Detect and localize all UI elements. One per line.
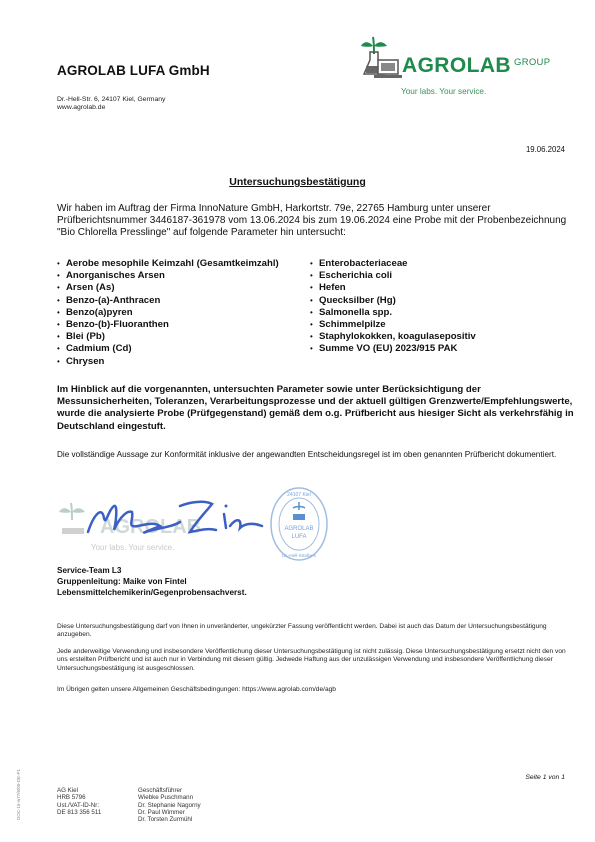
logo-wordmark: AGROLAB [402, 54, 511, 78]
disclaimer-terms: Im Übrigen gelten unsere Allgemeinen Ges… [57, 686, 577, 694]
footer-line: DE 813 356 511 [57, 809, 101, 816]
parameter-item: •Hefen [310, 282, 476, 294]
parameter-item: •Chrysen [57, 356, 279, 368]
logo-tagline: Your labs. Your service. [401, 87, 486, 96]
parameter-item: •Blei (Pb) [57, 331, 279, 343]
footer-line: Ust./VAT-ID-Nr: [57, 802, 101, 809]
parameter-item: •Anorganisches Arsen [57, 270, 279, 282]
signature-block: Service-Team L3 Gruppenleitung: Maike vo… [57, 565, 247, 598]
bullet-icon: • [310, 343, 319, 355]
bullet-icon: • [57, 258, 66, 270]
parameter-name: Hefen [319, 282, 346, 293]
parameter-item: •Benzo-(a)-Anthracen [57, 295, 279, 307]
disclaimer-usage: Jede anderweitige Verwendung und insbeso… [57, 648, 577, 673]
compliance-note: Die vollständige Aussage zur Konformität… [57, 450, 577, 461]
parameter-item: •Cadmium (Cd) [57, 343, 279, 355]
bullet-icon: • [57, 270, 66, 282]
parameter-name: Blei (Pb) [66, 331, 105, 342]
parameter-name: Benzo-(a)-Anthracen [66, 295, 160, 306]
document-title: Untersuchungsbestätigung [0, 176, 595, 188]
parameter-name: Enterobacteriaceae [319, 258, 408, 269]
intro-paragraph: Wir haben im Auftrag der Firma InnoNatur… [57, 203, 577, 239]
footer-line: Geschäftsführer [138, 787, 201, 794]
plant-flask-laptop-icon [360, 32, 404, 82]
bullet-icon: • [310, 258, 319, 270]
parameter-item: •Aerobe mesophile Keimzahl (Gesamtkeimza… [57, 258, 279, 270]
footer-line: Dr. Torsten Zurmühl [138, 816, 201, 823]
stamp-top-text: 24107 Kiel [287, 492, 311, 498]
parameter-item: •Benzo-(b)-Fluoranthen [57, 319, 279, 331]
group-lead: Gruppenleitung: Maike von Fintel [57, 576, 247, 587]
handwritten-signature [80, 492, 270, 552]
bullet-icon: • [57, 307, 66, 319]
bullet-icon: • [310, 282, 319, 294]
footer-management: Geschäftsführer Wiebke Puschmann Dr. Ste… [138, 787, 201, 823]
logo-group-label: GROUP [514, 57, 550, 68]
parameter-item: •Arsen (As) [57, 282, 279, 294]
parameter-name: Anorganisches Arsen [66, 270, 165, 281]
parameter-item: •Benzo(a)pyren [57, 307, 279, 319]
stamp-center-line-1: AGROLAB [284, 526, 313, 532]
parameter-item: •Escherichia coli [310, 270, 476, 282]
parameter-name: Chrysen [66, 356, 104, 367]
conclusion-paragraph: Im Hinblick auf die vorgenannten, unters… [57, 384, 577, 433]
parameter-item: •Salmonella spp. [310, 307, 476, 319]
footer-line: Wiebke Puschmann [138, 794, 201, 801]
bullet-icon: • [57, 295, 66, 307]
bullet-icon: • [310, 319, 319, 331]
disclaimer-publication: Diese Untersuchungsbestätigung darf von … [57, 623, 577, 640]
parameter-name: Summe VO (EU) 2023/915 PAK [319, 343, 457, 354]
bullet-icon: • [57, 282, 66, 294]
parameter-name: Cadmium (Cd) [66, 343, 132, 354]
footer-registration: AG Kiel HRB 5796 Ust./VAT-ID-Nr: DE 813 … [57, 787, 101, 816]
service-team: Service-Team L3 [57, 565, 247, 576]
stamp-bottom-text: Dr.-Hell-Straße 6 [282, 553, 316, 558]
company-name: AGROLAB LUFA GmbH [57, 63, 210, 78]
parameter-name: Staphylokokken, koagulasepositiv [319, 331, 476, 342]
parameter-item: •Staphylokokken, koagulasepositiv [310, 331, 476, 343]
footer-line: AG Kiel [57, 787, 101, 794]
parameter-name: Benzo-(b)-Fluoranthen [66, 319, 169, 330]
address-line: Dr.-Hell-Str. 6, 24107 Kiel, Germany [57, 96, 165, 104]
parameter-name: Schimmelpilze [319, 319, 386, 330]
parameter-column-1: •Aerobe mesophile Keimzahl (Gesamtkeimza… [57, 258, 279, 368]
company-stamp: 24107 Kiel AGROLAB LUFA Dr.-Hell-Straße … [268, 484, 330, 568]
stamp-center-line-2: LUFA [291, 534, 306, 540]
parameter-column-2: •Enterobacteriaceae•Escherichia coli•Hef… [310, 258, 476, 356]
bullet-icon: • [310, 331, 319, 343]
bullet-icon: • [57, 319, 66, 331]
parameter-item: •Schimmelpilze [310, 319, 476, 331]
page-number: Seite 1 von 1 [525, 774, 565, 781]
document-date: 19.06.2024 [526, 145, 565, 154]
parameter-name: Quecksilber (Hg) [319, 295, 396, 306]
bullet-icon: • [57, 331, 66, 343]
parameter-name: Benzo(a)pyren [66, 307, 133, 318]
company-address: Dr.-Hell-Str. 6, 24107 Kiel, Germany www… [57, 96, 165, 112]
footer-line: Dr. Stephanie Nagorny [138, 802, 201, 809]
parameter-name: Escherichia coli [319, 270, 392, 281]
parameter-item: •Quecksilber (Hg) [310, 295, 476, 307]
website-link[interactable]: www.agrolab.de [57, 104, 165, 112]
footer-line: HRB 5796 [57, 794, 101, 801]
bullet-icon: • [310, 295, 319, 307]
parameter-name: Salmonella spp. [319, 307, 392, 318]
bullet-icon: • [57, 356, 66, 368]
bullet-icon: • [310, 307, 319, 319]
parameter-item: •Summe VO (EU) 2023/915 PAK [310, 343, 476, 355]
parameter-item: •Enterobacteriaceae [310, 258, 476, 270]
bullet-icon: • [57, 343, 66, 355]
document-code: DOC-16-w77/6/00-DE-P1 [16, 769, 21, 820]
parameter-name: Arsen (As) [66, 282, 115, 293]
signer-role: Lebensmittelchemikerin/Gegenprobensachve… [57, 587, 247, 598]
footer-line: Dr. Paul Wimmer [138, 809, 201, 816]
bullet-icon: • [310, 270, 319, 282]
parameter-name: Aerobe mesophile Keimzahl (Gesamtkeimzah… [66, 258, 279, 269]
